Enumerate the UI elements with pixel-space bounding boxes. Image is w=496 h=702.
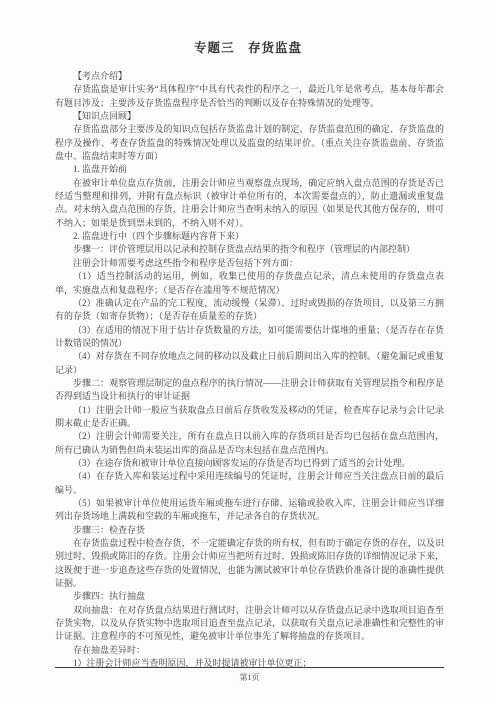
paragraph: （5）如果被审计单位使用运货车厢或拖车进行存储、运输或验收入库，注册会计师应当详… (55, 497, 444, 524)
paragraph: （2）准确认定在产品的完工程度，流动缓慢（呆滞）、过时或毁损的存货项目，以及第三… (55, 297, 444, 324)
paragraph: 注册会计师需要考虑这些指令和程序是否包括下列方面： (55, 257, 444, 270)
paragraph: （3）在途存货和被审计单位直接向顾客发运的存货是否均已得到了适当的会计处理。 (55, 457, 444, 470)
paragraph: （1）注册会计师一般应当获取盘点日前后存货收发及移动的凭证，检查库存记录与会计记… (55, 404, 444, 431)
paragraph: 2. 监盘进行中（四个步骤标题内容背下来） (55, 230, 444, 243)
footer-divider (55, 667, 444, 668)
paragraph: 步骤四：执行抽盘 (55, 590, 444, 603)
document-title: 专题三 存货监盘 (0, 38, 496, 56)
paragraph: 【知识点回顾】 (55, 110, 444, 123)
paragraph: 存货监盘是审计实务“具体程序”中具有代表性的程序之一，最近几年是常考点，基本每年… (55, 83, 444, 110)
paragraph: 步骤三：检查存货 (55, 524, 444, 537)
paragraph: （4）对存货在不同存放地点之间的移动以及截止日前后期间出入库的控制。（避免漏记或… (55, 350, 444, 377)
paragraph: 存货监盘部分主要涉及的知识点包括存货监盘计划的制定、存货监盘范围的确定、存货监盘… (55, 123, 444, 163)
paragraph: 在被审计单位盘点存货前，注册会计师应当观察盘点现场，确定应纳入盘点范围的存货是否… (55, 177, 444, 230)
paragraph: 【考点介绍】 (55, 70, 444, 83)
paragraph: （2）注册会计师需要关注，所有在盘点日以前入库的存货项目是否均已包括在盘点范围内… (55, 430, 444, 457)
document-body: 【考点介绍】存货监盘是审计实务“具体程序”中具有代表性的程序之一，最近几年是常考… (55, 70, 444, 670)
page-number: 第1页 (55, 672, 444, 683)
paragraph: 步骤二：观察管理层制定的盘点程序的执行情况——注册会计师获取有关管理层指令和程序… (55, 377, 444, 404)
paragraph: （3）在适用的情况下用于估计存货数量的方法，如可能需要估计煤堆的重量；（是否存在… (55, 324, 444, 351)
paragraph: 1. 监盘开始前 (55, 163, 444, 176)
paragraph: 步骤一：评价管理层用以记录和控制存货盘点结果的指令和程序（管理层的内部控制） (55, 243, 444, 256)
paragraph: （4）在存货入库和装运过程中采用连续编号的凭证时，注册会计师应当关注盘点日前的最… (55, 470, 444, 497)
document-page: 专题三 存货监盘 【考点介绍】存货监盘是审计实务“具体程序”中具有代表性的程序之… (0, 0, 496, 702)
paragraph: （1）适当控制活动的运用，例如，收集已使用的存货盘点记录，清点未使用的存货盘点表… (55, 270, 444, 297)
paragraph: 在存货监盘过程中检查存货，不一定能确定存货的所有权，但有助于确定存货的存在，以及… (55, 537, 444, 590)
page-footer: 第1页 (55, 667, 444, 683)
paragraph: 存在抽盘差异时： (55, 644, 444, 657)
paragraph: 双向抽盘：在对存货盘点结果进行测试时，注册会计师可以从存货盘点记录中选取项目追查… (55, 604, 444, 644)
